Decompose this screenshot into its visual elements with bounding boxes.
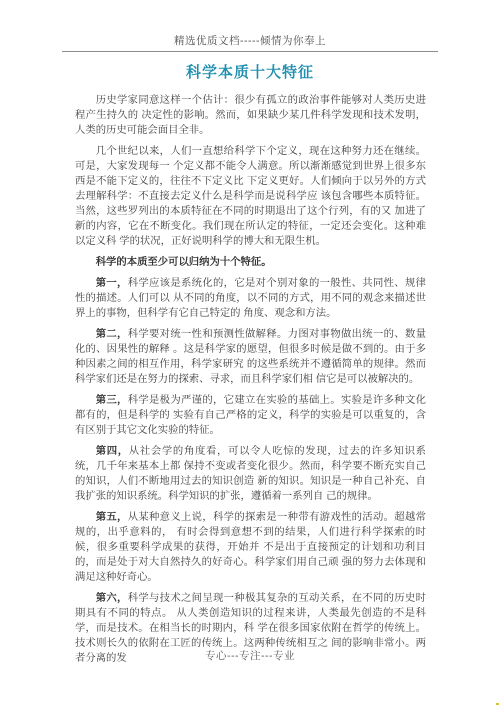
paragraph: 第二，科学要对统一性和预测性做解释。力图对事物做出统一的、数量化的、因果性的解释…	[75, 327, 426, 387]
paragraph: 科学的本质至少可以归纳为十个特征。	[75, 255, 426, 270]
paragraph-lead: 第二，	[96, 329, 128, 340]
paragraph-text: 几个世纪以来，人们一直想给科学下个定义，现在这种努力还在继续。可是，大家发现每一…	[75, 146, 426, 247]
scan-artifact-dot	[496, 703, 499, 705]
document-body: 历史学家同意这样一个估计：很少有孤立的政治事件能够对人类历史进程产生持久的 决定…	[75, 93, 426, 672]
header-text: 精选优质文档-----倾情为你奉上	[62, 33, 438, 48]
paragraph-text: 历史学家同意这样一个估计：很少有孤立的政治事件能够对人类历史进程产生持久的 决定…	[75, 95, 426, 136]
paragraph-text: 科学要对统一性和预测性做解释。力图对事物做出统一的、数量化的、因果性的解释 。这…	[75, 329, 426, 385]
paragraph-text: 科学应该是系统化的，它是对个别对象的一般性、共同性、规律性的描述。人们可以 从不…	[75, 278, 426, 319]
paragraph-lead: 第五，	[96, 512, 128, 523]
paragraph: 第三，科学是极为严谨的，它建立在实验的基础上。实验是许多种文化都有的，但是科学的…	[75, 393, 426, 438]
page-header: 精选优质文档-----倾情为你奉上	[62, 33, 438, 52]
paragraph: 第五，从某种意义上说，科学的探索是一种带有游戏性的活动。超越常规的，出乎意料的，…	[75, 510, 426, 585]
paragraph-lead: 第三，	[96, 395, 128, 406]
paragraph-lead: 第一，	[96, 278, 128, 289]
paragraph-text: 从某种意义上说，科学的探索是一种带有游戏性的活动。超越常规的，出乎意料的， 有时…	[75, 512, 426, 583]
paragraph-lead: 第四，	[96, 446, 129, 457]
page-title: 科学本质十大特征	[0, 61, 500, 82]
paragraph: 历史学家同意这样一个估计：很少有孤立的政治事件能够对人类历史进程产生持久的 决定…	[75, 93, 426, 138]
paragraph-text: 科学是极为严谨的，它建立在实验的基础上。实验是许多种文化都有的，但是科学的 实验…	[75, 395, 426, 436]
paragraph: 几个世纪以来，人们一直想给科学下个定义，现在这种努力还在继续。可是，大家发现每一…	[75, 144, 426, 249]
header-divider	[62, 51, 438, 52]
document-page: 精选优质文档-----倾情为你奉上 科学本质十大特征 历史学家同意这样一个估计：…	[0, 0, 500, 707]
paragraph-text: 科学的本质至少可以归纳为十个特征。	[96, 257, 272, 268]
paragraph-lead: 第六，	[96, 593, 128, 604]
page-footer: 专心---专注---专业	[0, 648, 500, 663]
paragraph: 第一，科学应该是系统化的，它是对个别对象的一般性、共同性、规律性的描述。人们可以…	[75, 276, 426, 321]
paragraph: 第四，从社会学的角度看，可以令人吃惊的发现，过去的许多知识系统，几千年来基本上都…	[75, 444, 426, 504]
